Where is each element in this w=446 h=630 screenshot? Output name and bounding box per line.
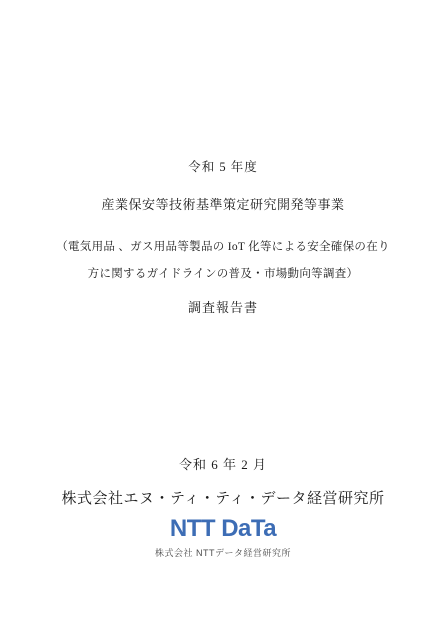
company-name: 株式会社エヌ・ティ・ティ・データ経営研究所 <box>0 487 446 508</box>
logo-company-subtext: 株式会社 NTTデータ経営研究所 <box>0 546 446 559</box>
report-cover-page: 令和 5 年度 産業保安等技術基準策定研究開発等事業 （電気用品 、ガス用品等製… <box>0 0 446 630</box>
subtitle-line2: 方に関するガイドラインの普及・市場動向等調査） <box>0 265 446 281</box>
program-title: 産業保安等技術基準策定研究開発等事業 <box>0 194 446 213</box>
publication-date: 令和 6 年 2 月 <box>0 454 446 473</box>
report-title: 調査報告書 <box>0 297 446 316</box>
subtitle-line1: （電気用品 、ガス用品等製品の IoT 化等による安全確保の在り <box>0 238 446 254</box>
fiscal-year: 令和 5 年度 <box>0 157 446 175</box>
ntt-data-logo: NTT DaTa <box>0 515 446 543</box>
